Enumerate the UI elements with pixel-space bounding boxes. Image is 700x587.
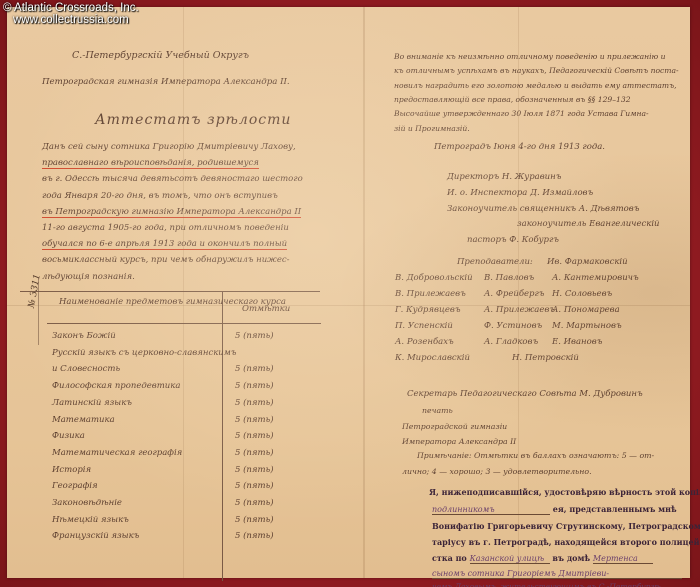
table-column-divider bbox=[222, 291, 223, 581]
certificate-line: восьмиклассный курсъ, при чемъ обнаружил… bbox=[42, 255, 290, 265]
teacher-signature: Н. Соловьевъ bbox=[552, 289, 612, 299]
stamp-line: Императора Александра II bbox=[402, 437, 516, 446]
notary-line-7: чемъ Лаховымъ, жительствующимъ въ С.-Пет… bbox=[432, 582, 682, 587]
teacher-signature: П. Успенскій bbox=[395, 321, 453, 331]
notary-line-5-mid: въ домѣ bbox=[552, 553, 590, 563]
subject-grade: 5 (пять) bbox=[235, 481, 274, 491]
teacher-signature: В. Добровольскій bbox=[395, 273, 473, 283]
watermark: © Atlantic Crossroads, Inc. www.collectr… bbox=[3, 2, 139, 26]
teacher-signature: Н. Петровскій bbox=[512, 353, 579, 363]
document-title: Аттестатъ зрѣлости bbox=[95, 112, 291, 128]
official-signature: пасторъ Ф. Кобургъ bbox=[467, 235, 559, 245]
subject-grade: 5 (пять) bbox=[235, 364, 274, 374]
notary-line-2: подлинникомъ ея, представленнымъ мнѣ bbox=[432, 504, 677, 515]
subject-grade: 5 (пять) bbox=[235, 531, 274, 541]
certificate-line: 11-го августа 1905-го года, при отличном… bbox=[42, 223, 289, 233]
fold-line bbox=[183, 7, 184, 578]
note-line: Примѣчаніе: Отмѣтки въ баллахъ означаютъ… bbox=[417, 451, 654, 460]
teacher-signature: Ф. Устиновъ bbox=[484, 321, 542, 331]
subject-name: и Словесность bbox=[52, 364, 120, 374]
notary-fill-residence: чемъ Лаховымъ, жительствующимъ въ С.-Пет… bbox=[432, 582, 682, 587]
notary-line-6: сыномъ сотника Григоріемъ Дмитріеви- bbox=[432, 568, 682, 579]
official-signature: законоучитель Евангелическій bbox=[517, 219, 660, 229]
teacher-signature: Г. Кудрявцевъ bbox=[395, 305, 461, 315]
subject-name: Русскій языкъ съ церковно-славянскимъ bbox=[52, 348, 236, 358]
subject-grade: 5 (пять) bbox=[235, 415, 274, 425]
certificate-line: года Января 20-го дня, въ томъ, что онъ … bbox=[42, 191, 278, 201]
decision-line: къ отличнымъ успѣхамъ въ наукахъ, Педаго… bbox=[394, 66, 679, 75]
subject-grade: 5 (пять) bbox=[235, 381, 274, 391]
table-header-subject: Наименованіе предметовъ гимназическаго к… bbox=[59, 297, 286, 307]
center-fold bbox=[363, 7, 365, 578]
fold-line bbox=[518, 7, 519, 578]
notary-line-2-rest: ея, представленнымъ мнѣ bbox=[553, 504, 677, 514]
decision-line: Во вниманіе къ неизмѣнно отличному повед… bbox=[394, 52, 666, 61]
subject-grade: 5 (пять) bbox=[235, 331, 274, 341]
certificate-line: лѣдующія познанія. bbox=[42, 272, 135, 282]
subject-grade: 5 (пять) bbox=[235, 465, 274, 475]
subject-grade: 5 (пять) bbox=[235, 431, 274, 441]
teacher-signature: В. Прилежаевъ bbox=[395, 289, 466, 299]
decision-line: новилъ наградить его золотою медалью и в… bbox=[394, 81, 677, 90]
subject-name: Философская пропедевтика bbox=[52, 381, 180, 391]
official-signature: И. о. Инспектора Д. Измайловъ bbox=[447, 188, 593, 198]
serial-number: № 3311 bbox=[27, 273, 43, 309]
teacher-signature: А. Фрейбергъ bbox=[484, 289, 544, 299]
notary-fill-street: Казанской улицѣ bbox=[470, 554, 550, 564]
teachers-label: Преподаватели: bbox=[457, 257, 533, 267]
school-header: Петроградская гимназія Императора Алекса… bbox=[42, 77, 290, 87]
subject-name: Французскій языкъ bbox=[52, 531, 139, 541]
document-sheet: С.-Петербургскій Учебный Округъ Петрогра… bbox=[7, 7, 690, 578]
notary-line-3: Вонифатію Григорьевичу Струтинскому, Пет… bbox=[432, 521, 700, 531]
official-signature: Директоръ Н. Журавинъ bbox=[447, 172, 561, 182]
teacher-signature: А. Прилежаевъ bbox=[484, 305, 555, 315]
teacher-signature: А. Кантемировичъ bbox=[552, 273, 639, 283]
certificate-line: въ г. Одессѣ тысяча девятьсотъ девяноста… bbox=[42, 174, 303, 184]
subject-name: Латинскій языкъ bbox=[52, 398, 132, 408]
certificate-line: обучался по 6-е апрѣля 1913 года и оконч… bbox=[42, 239, 287, 250]
decision-line: зій и Прогимназій. bbox=[394, 124, 470, 133]
subject-name: Физика bbox=[52, 431, 85, 441]
table-top-rule bbox=[20, 291, 320, 292]
watermark-url: www.collectrussia.com bbox=[3, 14, 139, 26]
decision-line: Высочайше утвержденнаго 30 Іюля 1871 год… bbox=[394, 109, 649, 118]
margin-rule bbox=[38, 277, 39, 345]
decision-line: предоставляющій все права, обозначенныя … bbox=[394, 95, 631, 104]
subject-grade: 5 (пять) bbox=[235, 515, 274, 525]
teacher-signature: А. Гладковъ bbox=[484, 337, 538, 347]
notary-line-5: стка по Казанской улицѣ въ домѣ Мертенса bbox=[432, 553, 653, 564]
stamp-line: печать bbox=[422, 406, 453, 415]
teacher-signature: А. Розенбахъ bbox=[395, 337, 454, 347]
subject-name: Нѣмецкій языкъ bbox=[52, 515, 129, 525]
certificate-line: православнаго вѣроисповѣданія, родившему… bbox=[42, 158, 259, 169]
subject-name: Географія bbox=[52, 481, 98, 491]
teacher-signature: К. Мирославскій bbox=[395, 353, 470, 363]
watermark-copyright: © Atlantic Crossroads, Inc. bbox=[3, 2, 139, 14]
notary-line-1: Я, нижеподписавшійся, удостовѣряю вѣрнос… bbox=[429, 487, 700, 497]
stamp-line: Петроградской гимназіи bbox=[402, 422, 507, 431]
teacher-signature: А. Пономарева bbox=[552, 305, 620, 315]
district-header: С.-Петербургскій Учебный Округъ bbox=[72, 50, 249, 61]
table-header-grades: Отмѣтки bbox=[242, 304, 290, 314]
notary-line-5-start: стка по bbox=[432, 553, 467, 563]
teacher-signature: Е. Ивановъ bbox=[552, 337, 602, 347]
place-date: Петроградъ Іюня 4-го дня 1913 года. bbox=[434, 142, 605, 152]
secretary-signature: Секретарь Педагогическаго Совѣта М. Дубр… bbox=[407, 389, 643, 399]
note-line: лично; 4 — хорошо; 3 — удовлетворительно… bbox=[402, 467, 592, 476]
subject-name: Математика bbox=[52, 415, 115, 425]
subject-name: Исторія bbox=[52, 465, 91, 475]
subject-grade: 5 (пять) bbox=[235, 498, 274, 508]
subject-name: Законъ Божій bbox=[52, 331, 116, 341]
notary-fill-original: подлинникомъ bbox=[432, 505, 550, 515]
certificate-line: Данъ сей сыну сотника Григорію Дмитріеви… bbox=[42, 142, 296, 152]
notary-fill-house: Мертенса bbox=[593, 554, 653, 564]
teacher-signature: М. Мартыновъ bbox=[552, 321, 622, 331]
notary-fill-person: сыномъ сотника Григоріемъ Дмитріеви- bbox=[432, 569, 682, 579]
certificate-line: въ Петроградскую гимназію Императора Але… bbox=[42, 207, 301, 218]
teacher-signature: Ив. Фармаковскій bbox=[547, 257, 628, 267]
subject-name: Математическая географія bbox=[52, 448, 182, 458]
subject-grade: 5 (пять) bbox=[235, 398, 274, 408]
table-header-rule bbox=[47, 323, 321, 324]
horizontal-fold bbox=[7, 305, 690, 306]
official-signature: Законоучитель священникъ А. Дѣвятовъ bbox=[447, 204, 639, 214]
subject-name: Законовѣдѣніе bbox=[52, 498, 122, 508]
notary-line-4: таріусу въ г. Петроградѣ, находящейся вт… bbox=[432, 537, 700, 547]
subject-grade: 5 (пять) bbox=[235, 448, 274, 458]
teacher-signature: В. Павловъ bbox=[484, 273, 534, 283]
